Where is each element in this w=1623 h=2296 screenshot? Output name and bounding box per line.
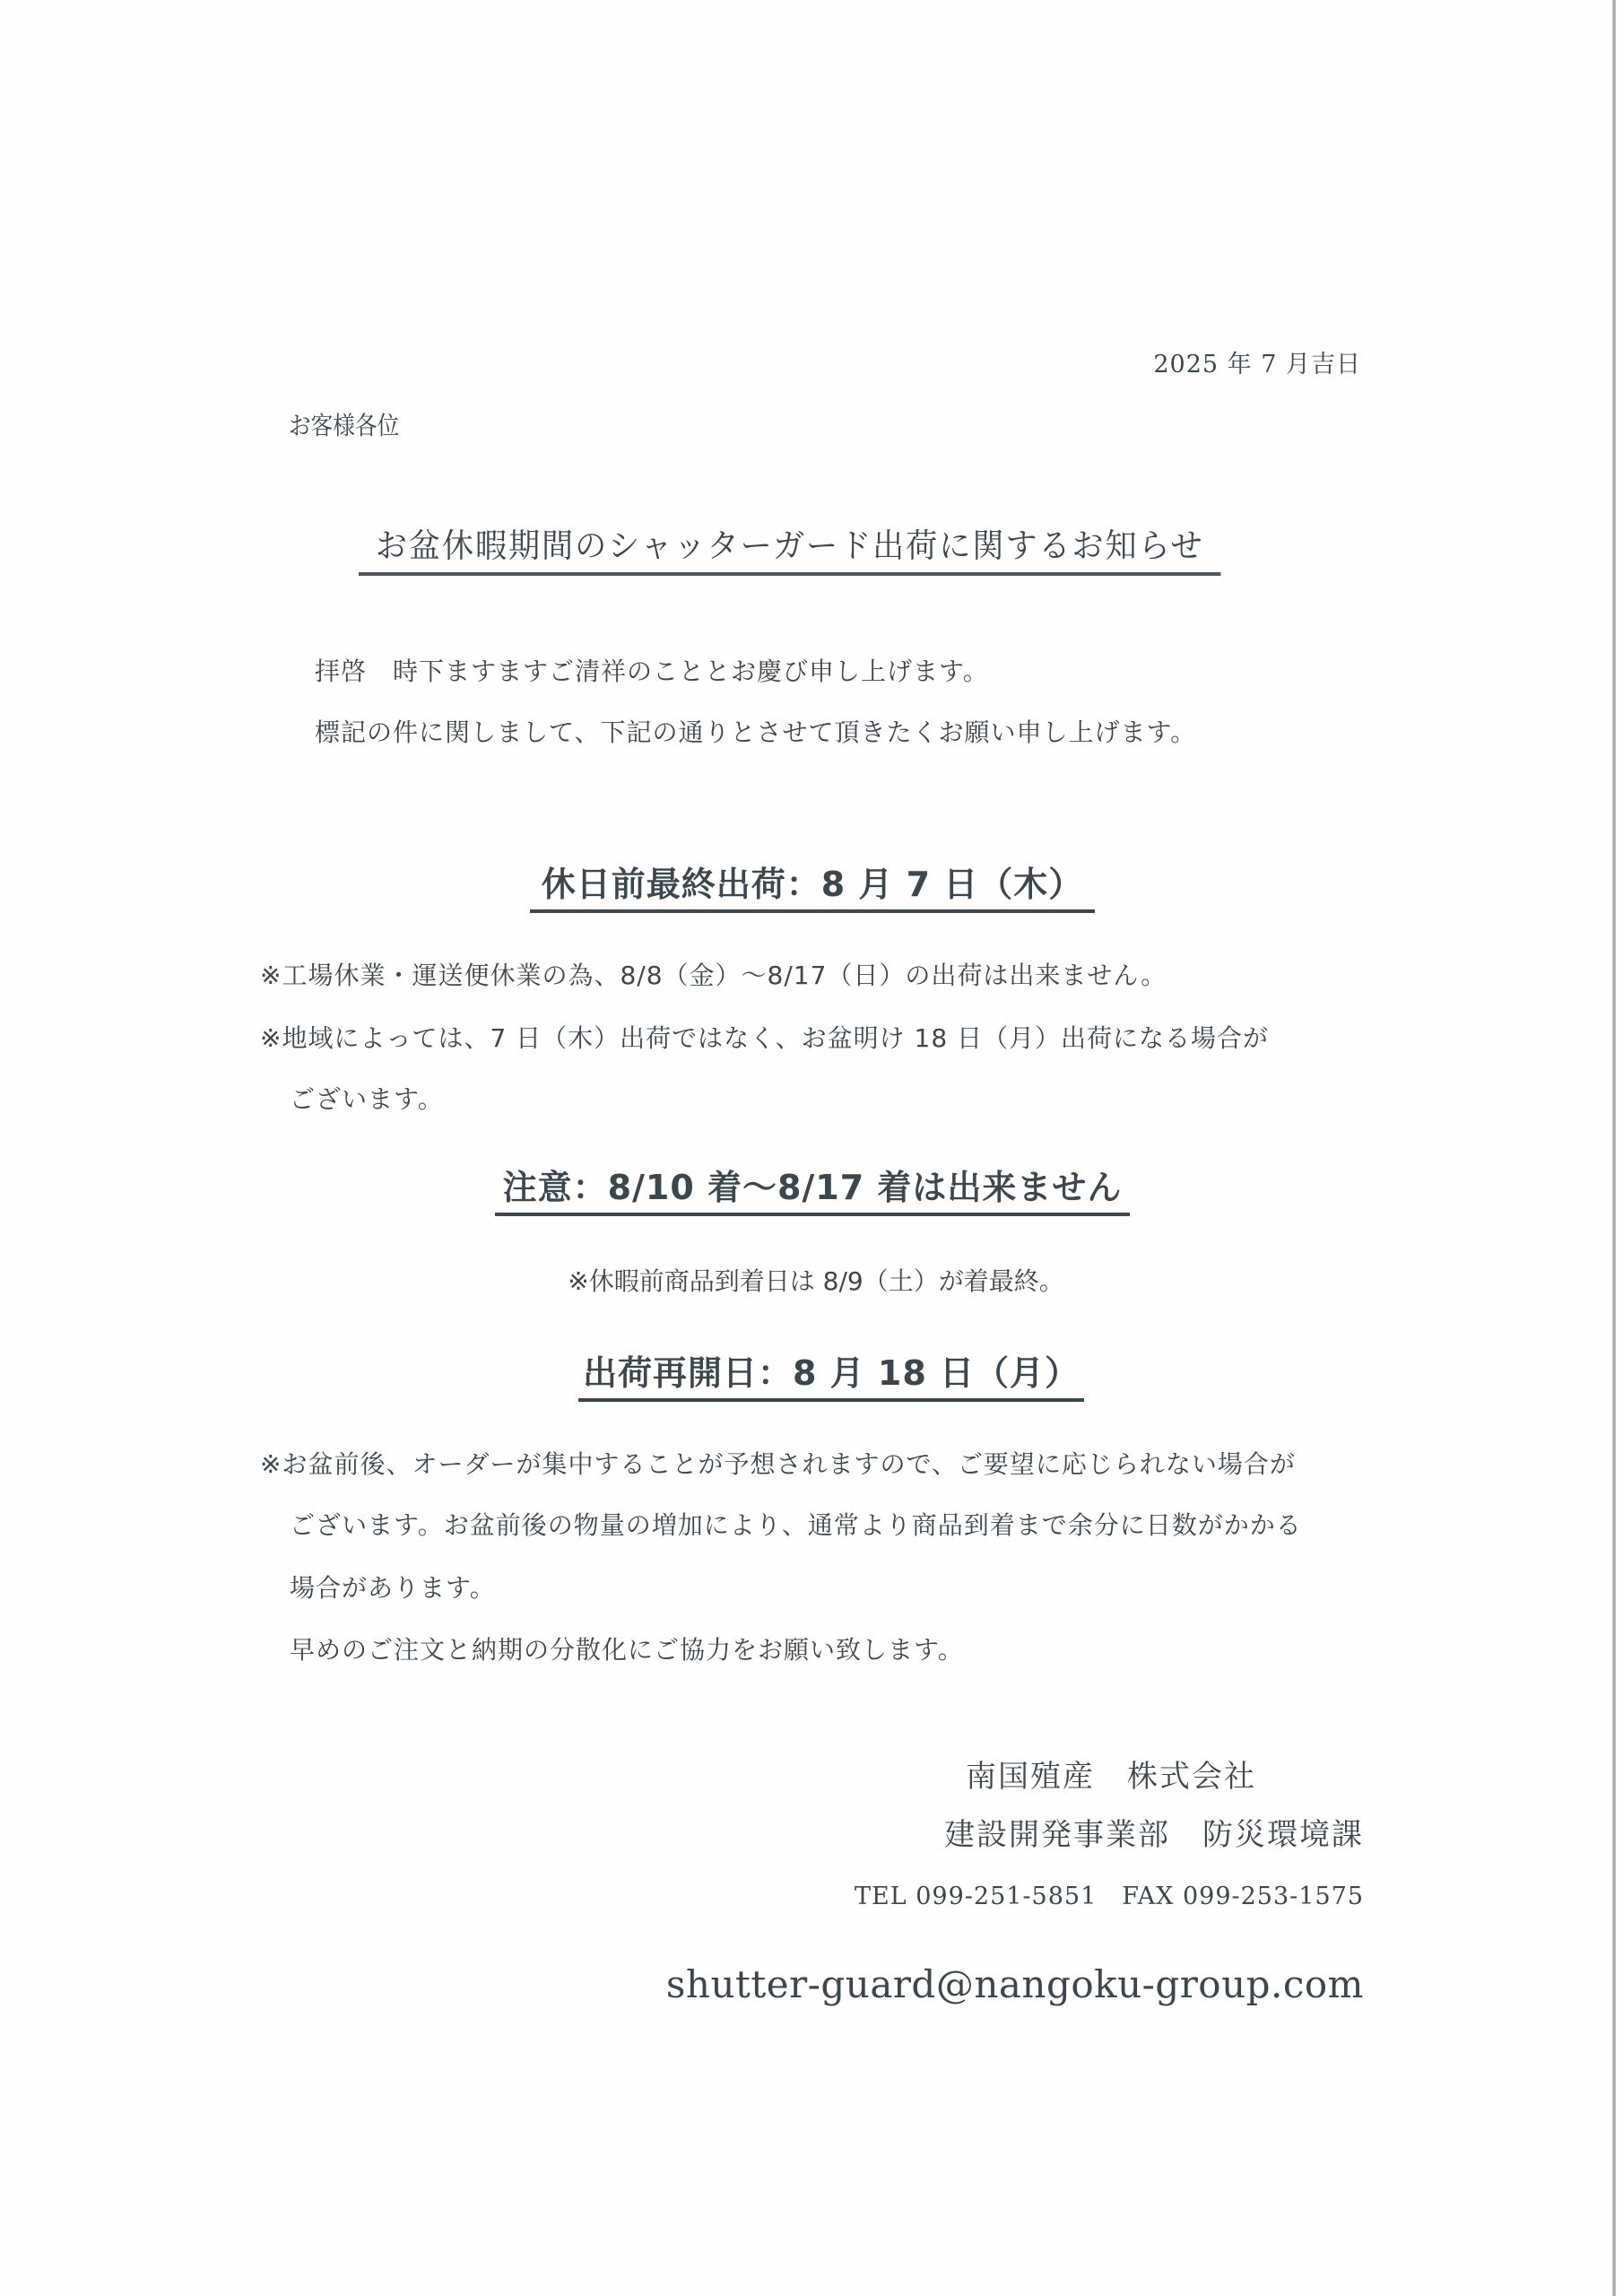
signature-company: 南国殖産 株式会社: [966, 1752, 1256, 1796]
document-title: お盆休暇期間のシャッターガード出荷に関するお知らせ: [359, 518, 1220, 576]
document-date: 2025 年 7 月吉日: [1153, 344, 1361, 379]
heading-last-shipment: 休日前最終出荷：8 月 7 日（木）: [530, 857, 1095, 913]
heading-no-delivery: 注意：8/10 着～8/17 着は出来ません: [495, 1160, 1130, 1216]
note-order-concentration-cont: ございます。お盆前後の物量の増加により、通常より商品到着まで余分に日数がかかる: [290, 1506, 1302, 1542]
scan-edge-line: [1612, 0, 1616, 2296]
note-factory-closure: ※工場休業・運送便休業の為、8/8（金）～8/17（日）の出荷は出来ません。: [260, 956, 1167, 992]
note-regional-shipping: ※地域によっては、7 日（木）出荷ではなく、お盆明け 18 日（月）出荷になる場…: [260, 1019, 1269, 1055]
note-early-order-request: 早めのご注文と納期の分散化にご協力をお願い致します。: [290, 1631, 964, 1666]
greeting-line-1: 拝啓 時下ますますご清祥のこととお慶び申し上げます。: [315, 652, 989, 688]
signature-department: 建設開発事業部 防災環境課: [944, 1810, 1364, 1854]
recipient-salutation: お客様各位: [289, 406, 399, 442]
signature-phone-fax: TEL 099-251-5851 FAX 099-253-1575: [855, 1876, 1364, 1911]
signature-email: shutter-guard@nangoku-group.com: [666, 1962, 1364, 2006]
note-last-arrival: ※休暇前商品到着日は 8/9（土）が着最終。: [556, 1262, 1076, 1298]
note-order-concentration-cont-2: 場合があります。: [290, 1569, 496, 1605]
document-page: 2025 年 7 月吉日 お客様各位 お盆休暇期間のシャッターガード出荷に関する…: [0, 0, 1623, 2296]
note-order-concentration: ※お盆前後、オーダーが集中することが予想されますので、ご要望に応じられない場合が: [260, 1445, 1296, 1481]
greeting-line-2: 標記の件に関しまして、下記の通りとさせて頂きたくお願い申し上げます。: [315, 713, 1196, 749]
note-regional-shipping-cont: ございます。: [290, 1080, 444, 1116]
heading-shipping-resume: 出荷再開日：8 月 18 日（月）: [578, 1345, 1084, 1402]
